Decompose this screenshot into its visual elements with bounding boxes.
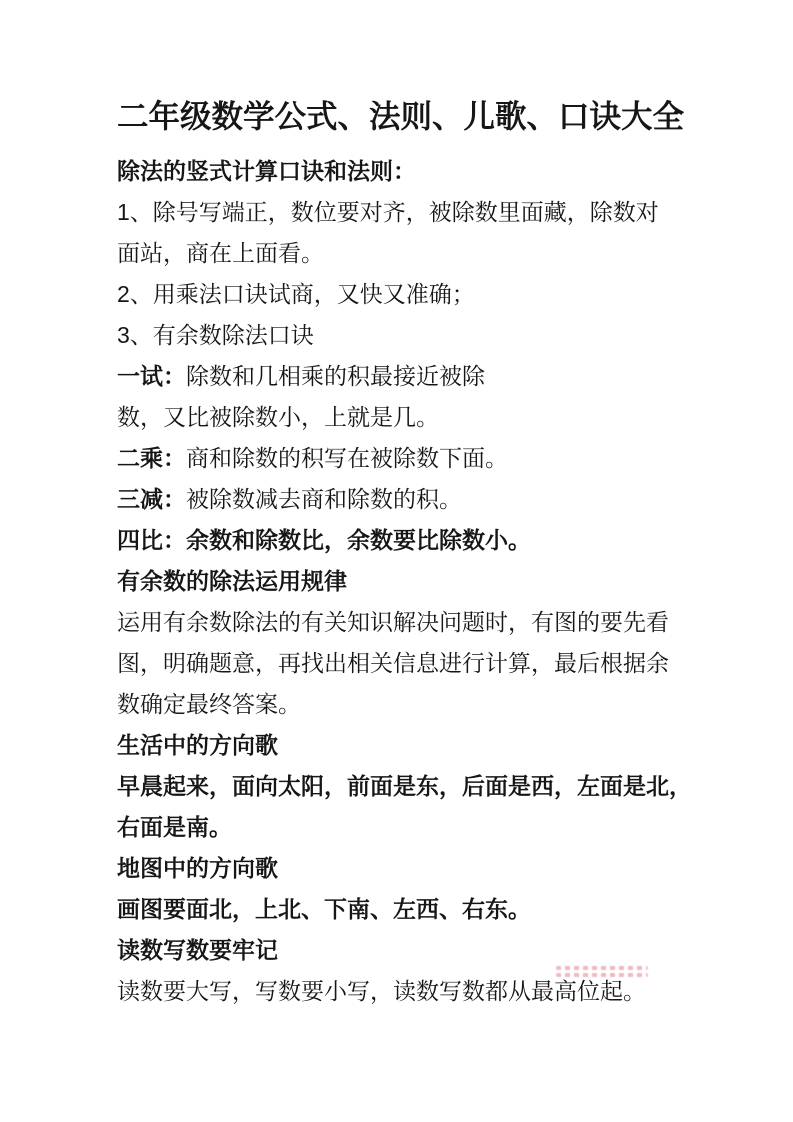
document-body: 除法的竖式计算口诀和法则：1、除号写端正，数位要对齐，被除数里面藏，除数对面站，… bbox=[117, 151, 717, 1012]
line-text: 2、用乘法口诀试商，又快又准确； bbox=[117, 281, 475, 307]
line-text: 数，又比被除数小，上就是几。 bbox=[117, 404, 439, 430]
line-text: 画图要面北，上北、下南、左西、右东。 bbox=[117, 896, 531, 922]
line-text: 生活中的方向歌 bbox=[117, 732, 278, 758]
line-text: 四比：余数和除数比，余数要比除数小。 bbox=[117, 527, 531, 553]
document-line: 1、除号写端正，数位要对齐，被除数里面藏，除数对 bbox=[117, 192, 717, 233]
document-line: 图，明确题意，再找出相关信息进行计算，最后根据余 bbox=[117, 643, 717, 684]
document-line: 生活中的方向歌 bbox=[117, 725, 717, 766]
document-line: 四比：余数和除数比，余数要比除数小。 bbox=[117, 520, 717, 561]
line-text: 除法的竖式计算口诀和法则： bbox=[117, 158, 416, 184]
line-text: 读数写数要牢记 bbox=[117, 937, 278, 963]
line-text: 1、除号写端正，数位要对齐，被除数里面藏，除数对 bbox=[117, 199, 659, 225]
line-text: 数确定最终答案。 bbox=[117, 691, 301, 717]
document-line: 数，又比被除数小，上就是几。 bbox=[117, 397, 717, 438]
document-line: 2、用乘法口诀试商，又快又准确； bbox=[117, 274, 717, 315]
document-title: 二年级数学公式、法则、儿歌、口诀大全 bbox=[117, 96, 717, 137]
document-line: 画图要面北，上北、下南、左西、右东。 bbox=[117, 889, 717, 930]
line-bold-prefix: 一试： bbox=[117, 363, 186, 389]
line-text: 早晨起来，面向太阳，前面是东，后面是西，左面是北， bbox=[117, 773, 692, 799]
document-line: 三减：被除数减去商和除数的积。 bbox=[117, 479, 717, 520]
line-text: 被除数减去商和除数的积。 bbox=[186, 486, 462, 512]
line-text: 读数要大写，写数要小写，读数写数都从最高位起。 bbox=[117, 978, 646, 1004]
line-text: 面站，商在上面看。 bbox=[117, 240, 324, 266]
line-text: 地图中的方向歌 bbox=[117, 855, 278, 881]
line-text: 除数和几相乘的积最接近被除 bbox=[186, 363, 485, 389]
document-page: 二年级数学公式、法则、儿歌、口诀大全 除法的竖式计算口诀和法则：1、除号写端正，… bbox=[0, 0, 793, 1122]
line-text: 3、有余数除法口诀 bbox=[117, 322, 314, 348]
document-line: 地图中的方向歌 bbox=[117, 848, 717, 889]
line-text: 图，明确题意，再找出相关信息进行计算，最后根据余 bbox=[117, 650, 669, 676]
document-line: 面站，商在上面看。 bbox=[117, 233, 717, 274]
document-line: 一试：除数和几相乘的积最接近被除 bbox=[117, 356, 717, 397]
document-line: 3、有余数除法口诀 bbox=[117, 315, 717, 356]
document-line: 数确定最终答案。 bbox=[117, 684, 717, 725]
document-line: 读数写数要牢记 bbox=[117, 930, 717, 971]
line-bold-prefix: 二乘： bbox=[117, 445, 186, 471]
line-text: 商和除数的积写在被除数下面。 bbox=[186, 445, 508, 471]
document-line: 右面是南。 bbox=[117, 807, 717, 848]
line-text: 有余数的除法运用规律 bbox=[117, 568, 347, 594]
line-text: 运用有余数除法的有关知识解决问题时，有图的要先看 bbox=[117, 609, 669, 635]
document-line: 二乘：商和除数的积写在被除数下面。 bbox=[117, 438, 717, 479]
document-line: 除法的竖式计算口诀和法则： bbox=[117, 151, 717, 192]
document-line: 读数要大写，写数要小写，读数写数都从最高位起。 bbox=[117, 971, 717, 1012]
document-line: 早晨起来，面向太阳，前面是东，后面是西，左面是北， bbox=[117, 766, 717, 807]
document-line: 运用有余数除法的有关知识解决问题时，有图的要先看 bbox=[117, 602, 717, 643]
line-bold-prefix: 三减： bbox=[117, 486, 186, 512]
document-line: 有余数的除法运用规律 bbox=[117, 561, 717, 602]
line-text: 右面是南。 bbox=[117, 814, 232, 840]
document-content: 二年级数学公式、法则、儿歌、口诀大全 除法的竖式计算口诀和法则：1、除号写端正，… bbox=[117, 96, 717, 1012]
